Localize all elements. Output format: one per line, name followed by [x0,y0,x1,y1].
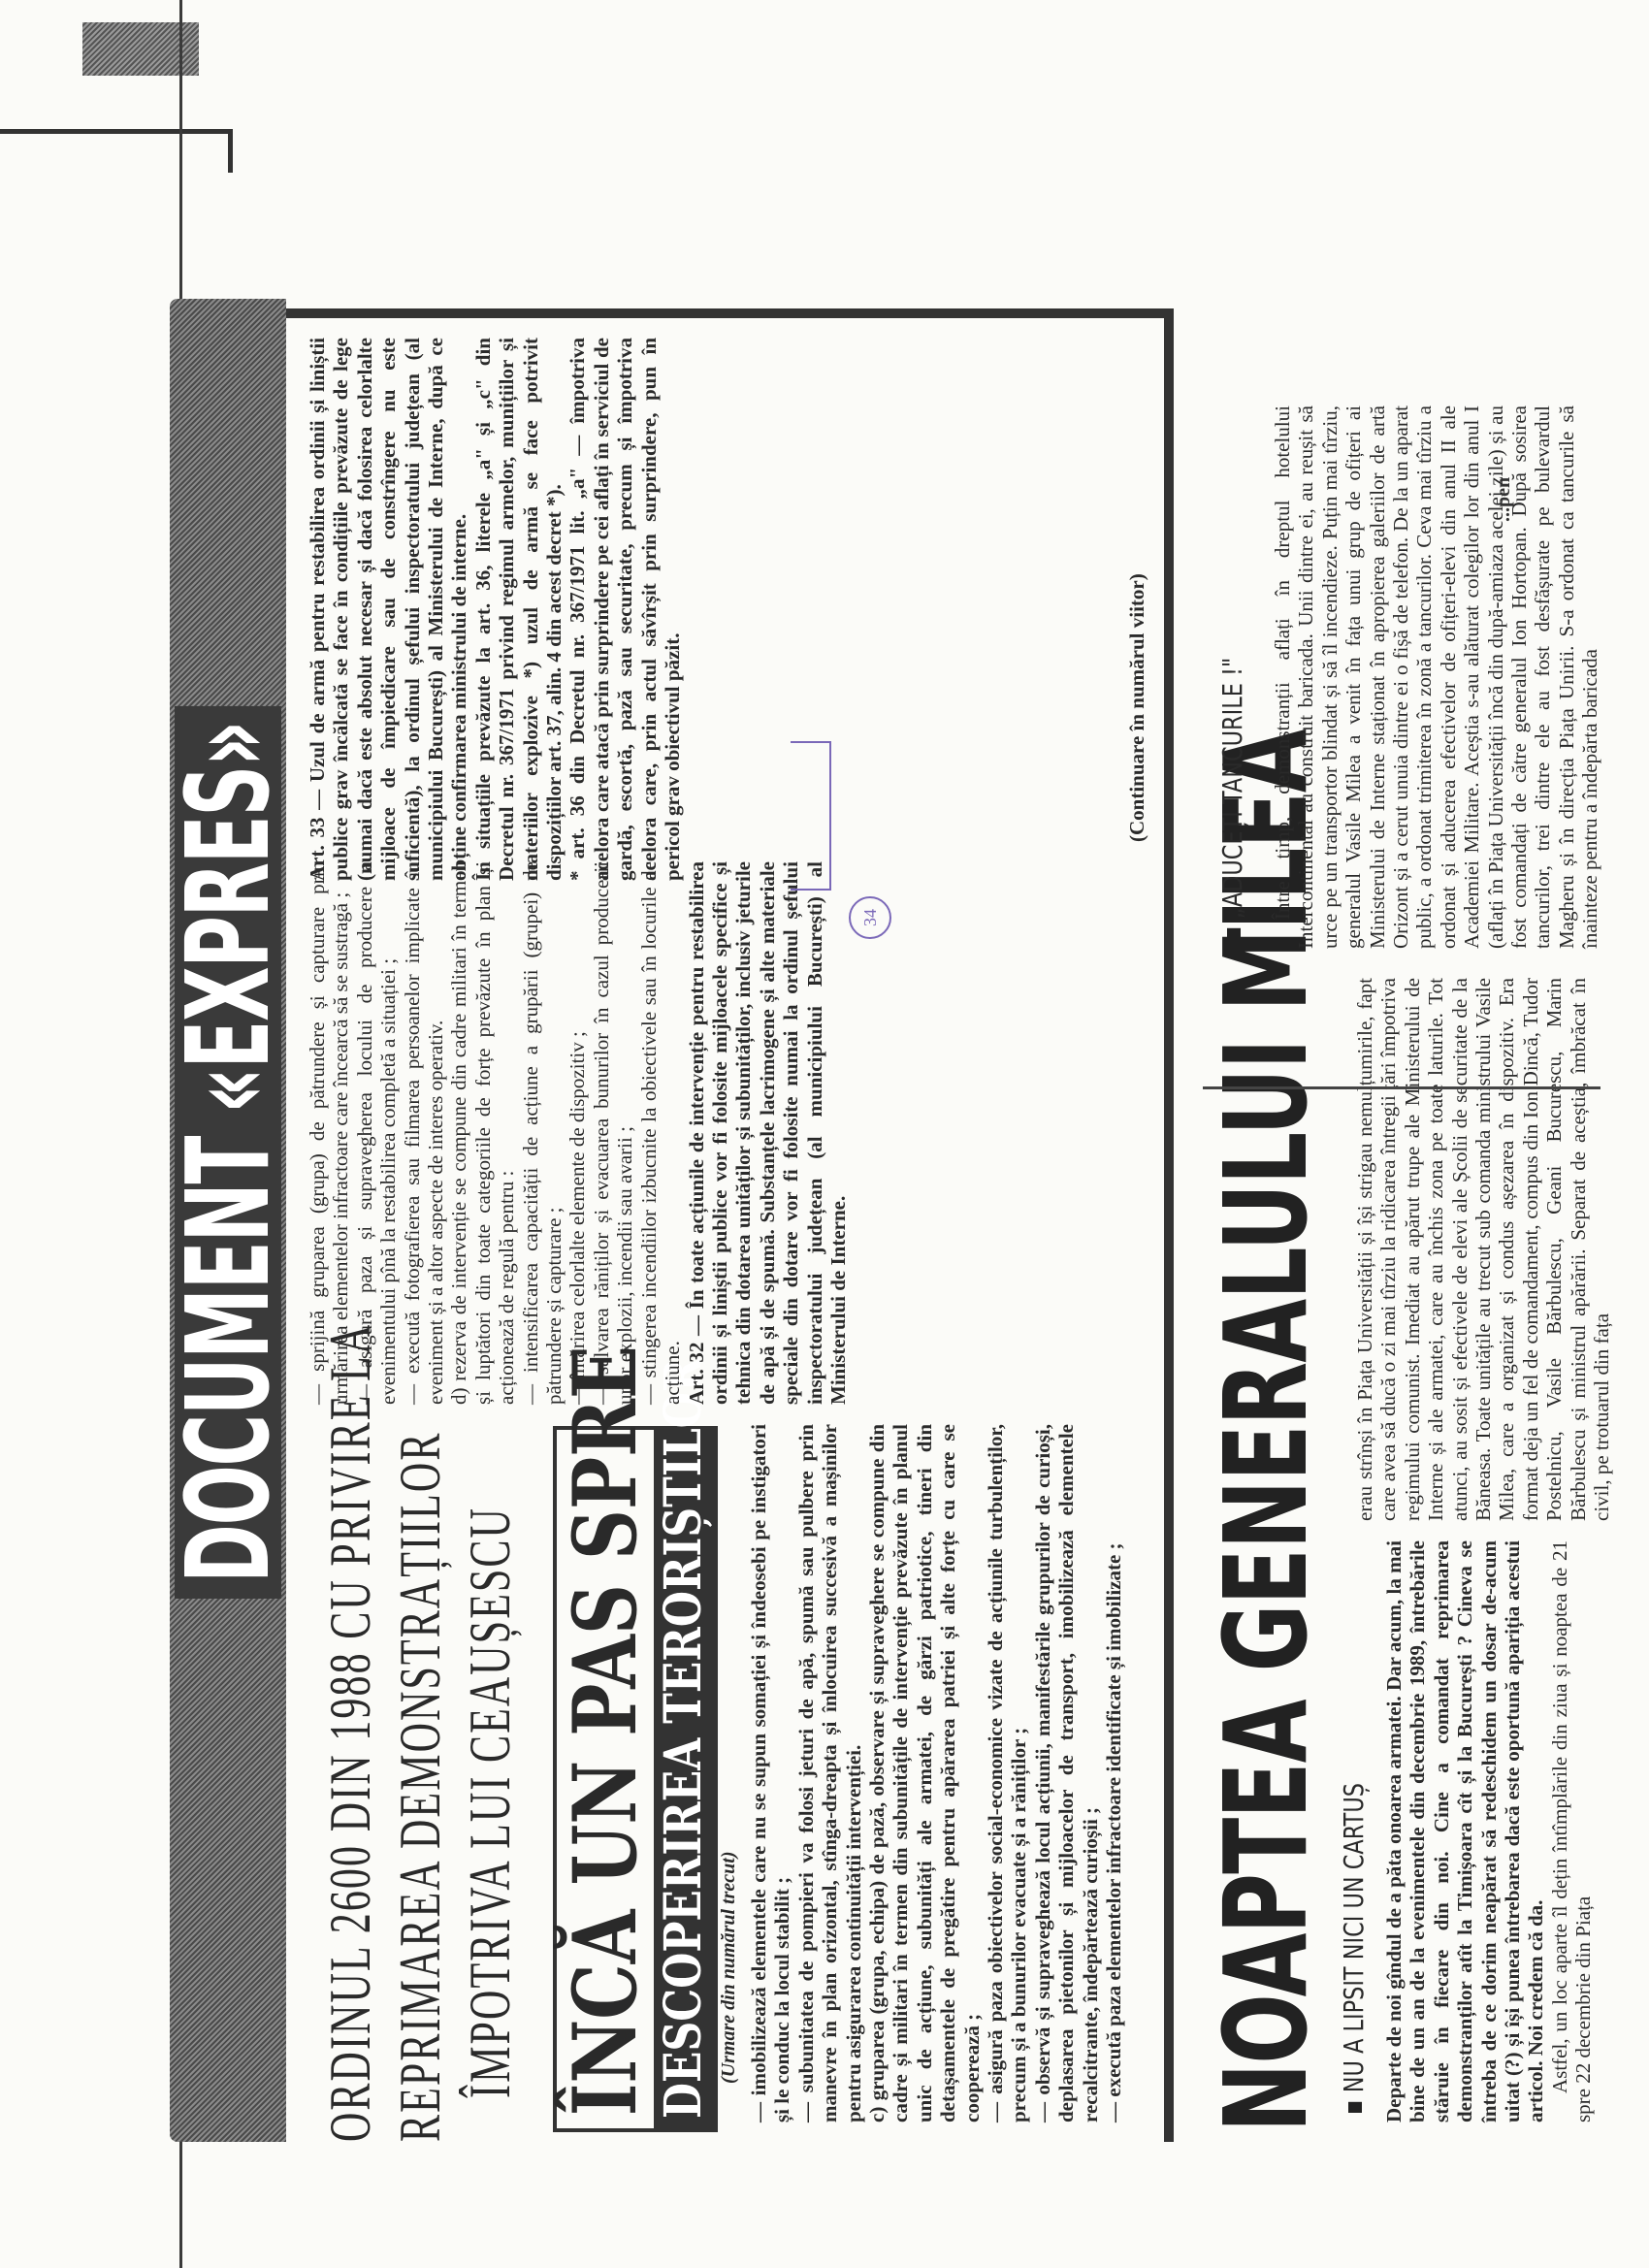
paragraph: — subunitatea de pompieri va folosi jetu… [794,1424,865,2122]
handwritten-bracket-annotation [791,741,831,891]
paragraph-art-33: Art. 33 — Uzul de armă pentru restabilir… [306,338,471,881]
document-expres-article: DOCUMENT «EXPRES» ORDINUL 2600 DIN 1988 … [170,299,1188,2142]
banner-title: DOCUMENT «EXPRES» [175,706,281,1599]
headline-line-3: ÎMPOTRIVA LUI CEAUȘESCU [455,1463,525,2142]
continuation-footer: (Continuare în numărul viitor) [1125,573,1149,842]
fragment-words: ...pen [1494,425,1514,522]
paragraph: — execută fotografierea sau filmarea per… [401,861,448,1405]
milea-column-2: erau strînși în Piața Universității și î… [1353,978,1613,1521]
paragraph: — execută paza elementelor infractoare i… [1102,1424,1125,2122]
section-banner: DOCUMENT «EXPRES» [170,299,286,2142]
subheadline-top: ÎNCĂ UN PAS SPRE [557,1570,654,2128]
subheadline-bottom: DESCOPERIREA TERORIȘTILOR [654,1430,714,2128]
paragraph: — intensificarea capacității de acțiune … [519,861,566,1405]
article-column-2: — sprijină gruparea (grupa) de pătrunder… [306,861,850,1405]
paragraph: Astfel, un loc aparte îl dețin întîmplăr… [1548,1540,1596,2122]
column-divider [1203,1086,1600,1089]
rotated-newspaper-page: DOCUMENT «EXPRES» ORDINUL 2600 DIN 1988 … [0,0,1649,2268]
paragraph: — sprijină gruparea (grupa) de pătrunder… [306,861,353,1405]
paragraph: erau strînși în Piața Universității și î… [1353,978,1613,1521]
paragraph: — imobilizează elementele care nu se sup… [747,1424,794,2122]
paragraph: — stingerea incendiilor izbucnite la obi… [637,861,685,1405]
article-headline: ORDINUL 2600 DIN 1988 CU PRIVIRE LA REPR… [315,1463,525,2142]
subhead-cartus: NU A LIPSIT NICI UN CARTUȘ [1339,1783,1370,2113]
adjacent-column-fragment: ...pen [1494,0,1649,522]
frame-corner [0,129,233,173]
continuation-note: (Urmare din numărul trecut) [718,1852,740,2084]
paragraph: c) gruparea (grupa, echipa) de pază, obs… [865,1424,984,2122]
headline-line-2: REPRIMAREA DEMONSTRAȚIILOR [385,1463,455,2142]
bullet-square-icon [1348,2102,1362,2113]
footnote: * art. 36 din Decretul nr. 367/1971 lit.… [566,338,684,881]
paragraph: d) rezerva de intervenție se compune din… [447,861,518,1405]
paragraph-art-32: Art. 32 — În toate acțiunile de interven… [685,861,851,1405]
milea-column-1: Departe de noi gîndul de a păta onoarea … [1382,1540,1596,2122]
bullet-square-icon [1227,928,1241,939]
subheadline-box: ÎNCĂ UN PAS SPRE DESCOPERIREA TERORIȘTIL… [553,1426,718,2132]
subhead-tancuri: „ADUCEȚI TANCURILE !" [1217,658,1248,939]
paragraph: — observă și supraveghează locul acțiuni… [1031,1424,1102,2122]
paragraph: — salvarea răniților și evacuarea bunuri… [590,861,637,1405]
previous-article-fragment [0,0,233,173]
article-column-1: — imobilizează elementele care nu se sup… [747,1424,1126,2122]
handwritten-circled-number: 34 [849,896,891,939]
paragraph: — asigură paza obiectivelor social-econo… [984,1424,1031,2122]
article-column-3: Art. 33 — Uzul de armă pentru restabilir… [306,338,685,881]
paragraph: În situațiile prevăzute la art. 36, lite… [471,338,566,881]
paragraph: — întărirea celorlalte elemente de dispo… [566,861,589,1405]
headline-line-1: ORDINUL 2600 DIN 1988 CU PRIVIRE LA [315,1463,385,2142]
paragraph: — asigură paza și supravegherea locului … [353,861,401,1405]
paragraph: Departe de noi gîndul de a păta onoarea … [1382,1540,1548,2122]
